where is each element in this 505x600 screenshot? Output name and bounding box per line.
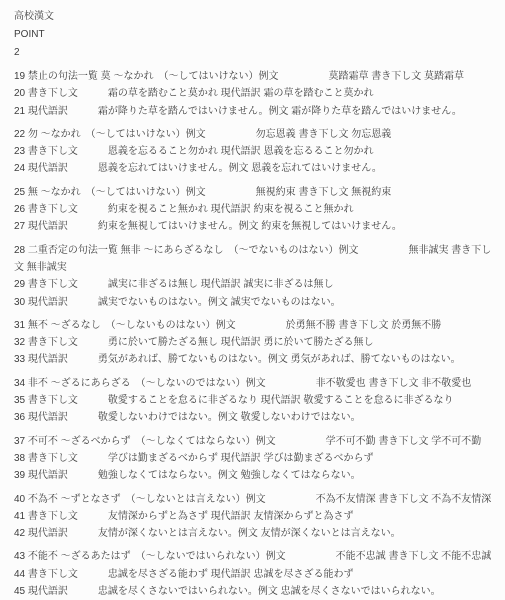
text-line: 22 勿 ～なかれ （～してはいけない）例文 勿忘恩義 書き下し文 勿忘恩義 — [14, 126, 499, 143]
text-line: 31 無不 ～ざるなし （～しないものはない）例文 於勇無不勝 書き下し文 於勇… — [14, 317, 499, 334]
entry-group-nijuhitei-muhi: 28 二重否定の句法一覧 無非 ～にあらざるなし （～でないものはない）例文 無… — [14, 242, 499, 311]
text-line: 20 書き下し文 霜の草を踏むこと莫かれ 現代語訳 霜の草を踏むこと莫かれ — [14, 85, 499, 102]
text-line: 44 書き下し文 忠誠を尽さざる能わず 現代語訳 忠誠を尽さざる能わず — [14, 566, 499, 583]
entry-group-kinshi-baku: 19 禁止の句法一覧 莫 ～なかれ （～してはいけない）例文 莫踏霜草 書き下し… — [14, 68, 499, 120]
text-line: 45 現代語訳 忠誠を尽くさないではいられない。例文 忠誠を尽くさないではいられ… — [14, 583, 499, 600]
entry-group-nijuhitei-hifu: 34 非不 ～ざるにあらざる （～しないのではない）例文 非不敬愛也 書き下し文… — [14, 375, 499, 427]
text-line: 26 書き下し文 約束を視ること無かれ 現代語訳 約束を視ること無かれ — [14, 201, 499, 218]
text-line: 37 不可不 ～ざるべからず （～しなくてはならない）例文 学不可不勤 書き下し… — [14, 433, 499, 450]
text-line: 30 現代語訳 誠実でないものはない。例文 誠実でないものはない。 — [14, 294, 499, 311]
entry-group-nijuhitei-funofu: 43 不能不 ～ざるあたはず （～しないではいられない）例文 不能不忠誠 書き下… — [14, 548, 499, 600]
text-line: 32 書き下し文 勇に於いて勝たざる無し 現代語訳 勇に於いて勝たざる無し — [14, 334, 499, 351]
text-line: 28 二重否定の句法一覧 無非 ～にあらざるなし （～でないものはない）例文 無… — [14, 242, 499, 277]
entry-group-kinshi-mu: 25 無 ～なかれ （～してはいけない）例文 無視約束 書き下し文 無視約束 2… — [14, 184, 499, 236]
text-line: 29 書き下し文 誠実に非ざるは無し 現代語訳 誠実に非ざるは無し — [14, 276, 499, 293]
entry-group-nijuhitei-fukafu: 37 不可不 ～ざるべからず （～しなくてはならない）例文 学不可不勤 書き下し… — [14, 433, 499, 485]
text-line: 34 非不 ～ざるにあらざる （～しないのではない）例文 非不敬愛也 書き下し文… — [14, 375, 499, 392]
text-line: 35 書き下し文 敬愛することを怠るに非ざるなり 現代語訳 敬愛することを怠るに… — [14, 392, 499, 409]
document-page: 高校漢文 POINT 2 19 禁止の句法一覧 莫 ～なかれ （～してはいけない… — [0, 0, 505, 600]
text-line: 43 不能不 ～ざるあたはず （～しないではいられない）例文 不能不忠誠 書き下… — [14, 548, 499, 565]
text-line: 42 現代語訳 友情が深くないとは言えない。例文 友情が深くないとは言えない。 — [14, 525, 499, 542]
text-line: 33 現代語訳 勇気があれば、勝てないものはない。例文 勇気があれば、勝てないも… — [14, 351, 499, 368]
text-line: 40 不為不 ～ずとなさず （～しないとは言えない）例文 不為不友情深 書き下し… — [14, 491, 499, 508]
text-line: 41 書き下し文 友情深からずと為さず 現代語訳 友情深からずと為さず — [14, 508, 499, 525]
doc-subtitle: POINT — [14, 26, 499, 44]
text-line: 36 現代語訳 敬愛しないわけではない。例文 敬愛しないわけではない。 — [14, 409, 499, 426]
text-line: 21 現代語訳 霜が降りた草を踏んではいけません。例文 霜が降りた草を踏んではい… — [14, 103, 499, 120]
entry-group-nijuhitei-fuifu: 40 不為不 ～ずとなさず （～しないとは言えない）例文 不為不友情深 書き下し… — [14, 491, 499, 543]
text-line: 39 現代語訳 勉強しなくてはならない。例文 勉強しなくてはならない。 — [14, 467, 499, 484]
doc-page-number: 2 — [14, 44, 499, 62]
text-line: 38 書き下し文 学びは勤まざるべからず 現代語訳 学びは勤まざるべからず — [14, 450, 499, 467]
text-line: 23 書き下し文 恩義を忘るること勿かれ 現代語訳 恩義を忘るること勿かれ — [14, 143, 499, 160]
entry-group-kinshi-butsu: 22 勿 ～なかれ （～してはいけない）例文 勿忘恩義 書き下し文 勿忘恩義 2… — [14, 126, 499, 178]
text-line: 24 現代語訳 恩義を忘れてはいけません。例文 恩義を忘れてはいけません。 — [14, 160, 499, 177]
text-line: 27 現代語訳 約束を無視してはいけません。例文 約束を無視してはいけません。 — [14, 218, 499, 235]
text-line: 19 禁止の句法一覧 莫 ～なかれ （～してはいけない）例文 莫踏霜草 書き下し… — [14, 68, 499, 85]
doc-title: 高校漢文 — [14, 8, 499, 26]
text-line: 25 無 ～なかれ （～してはいけない）例文 無視約束 書き下し文 無視約束 — [14, 184, 499, 201]
entry-group-nijuhitei-mufu: 31 無不 ～ざるなし （～しないものはない）例文 於勇無不勝 書き下し文 於勇… — [14, 317, 499, 369]
document-header: 高校漢文 POINT 2 — [14, 8, 499, 62]
